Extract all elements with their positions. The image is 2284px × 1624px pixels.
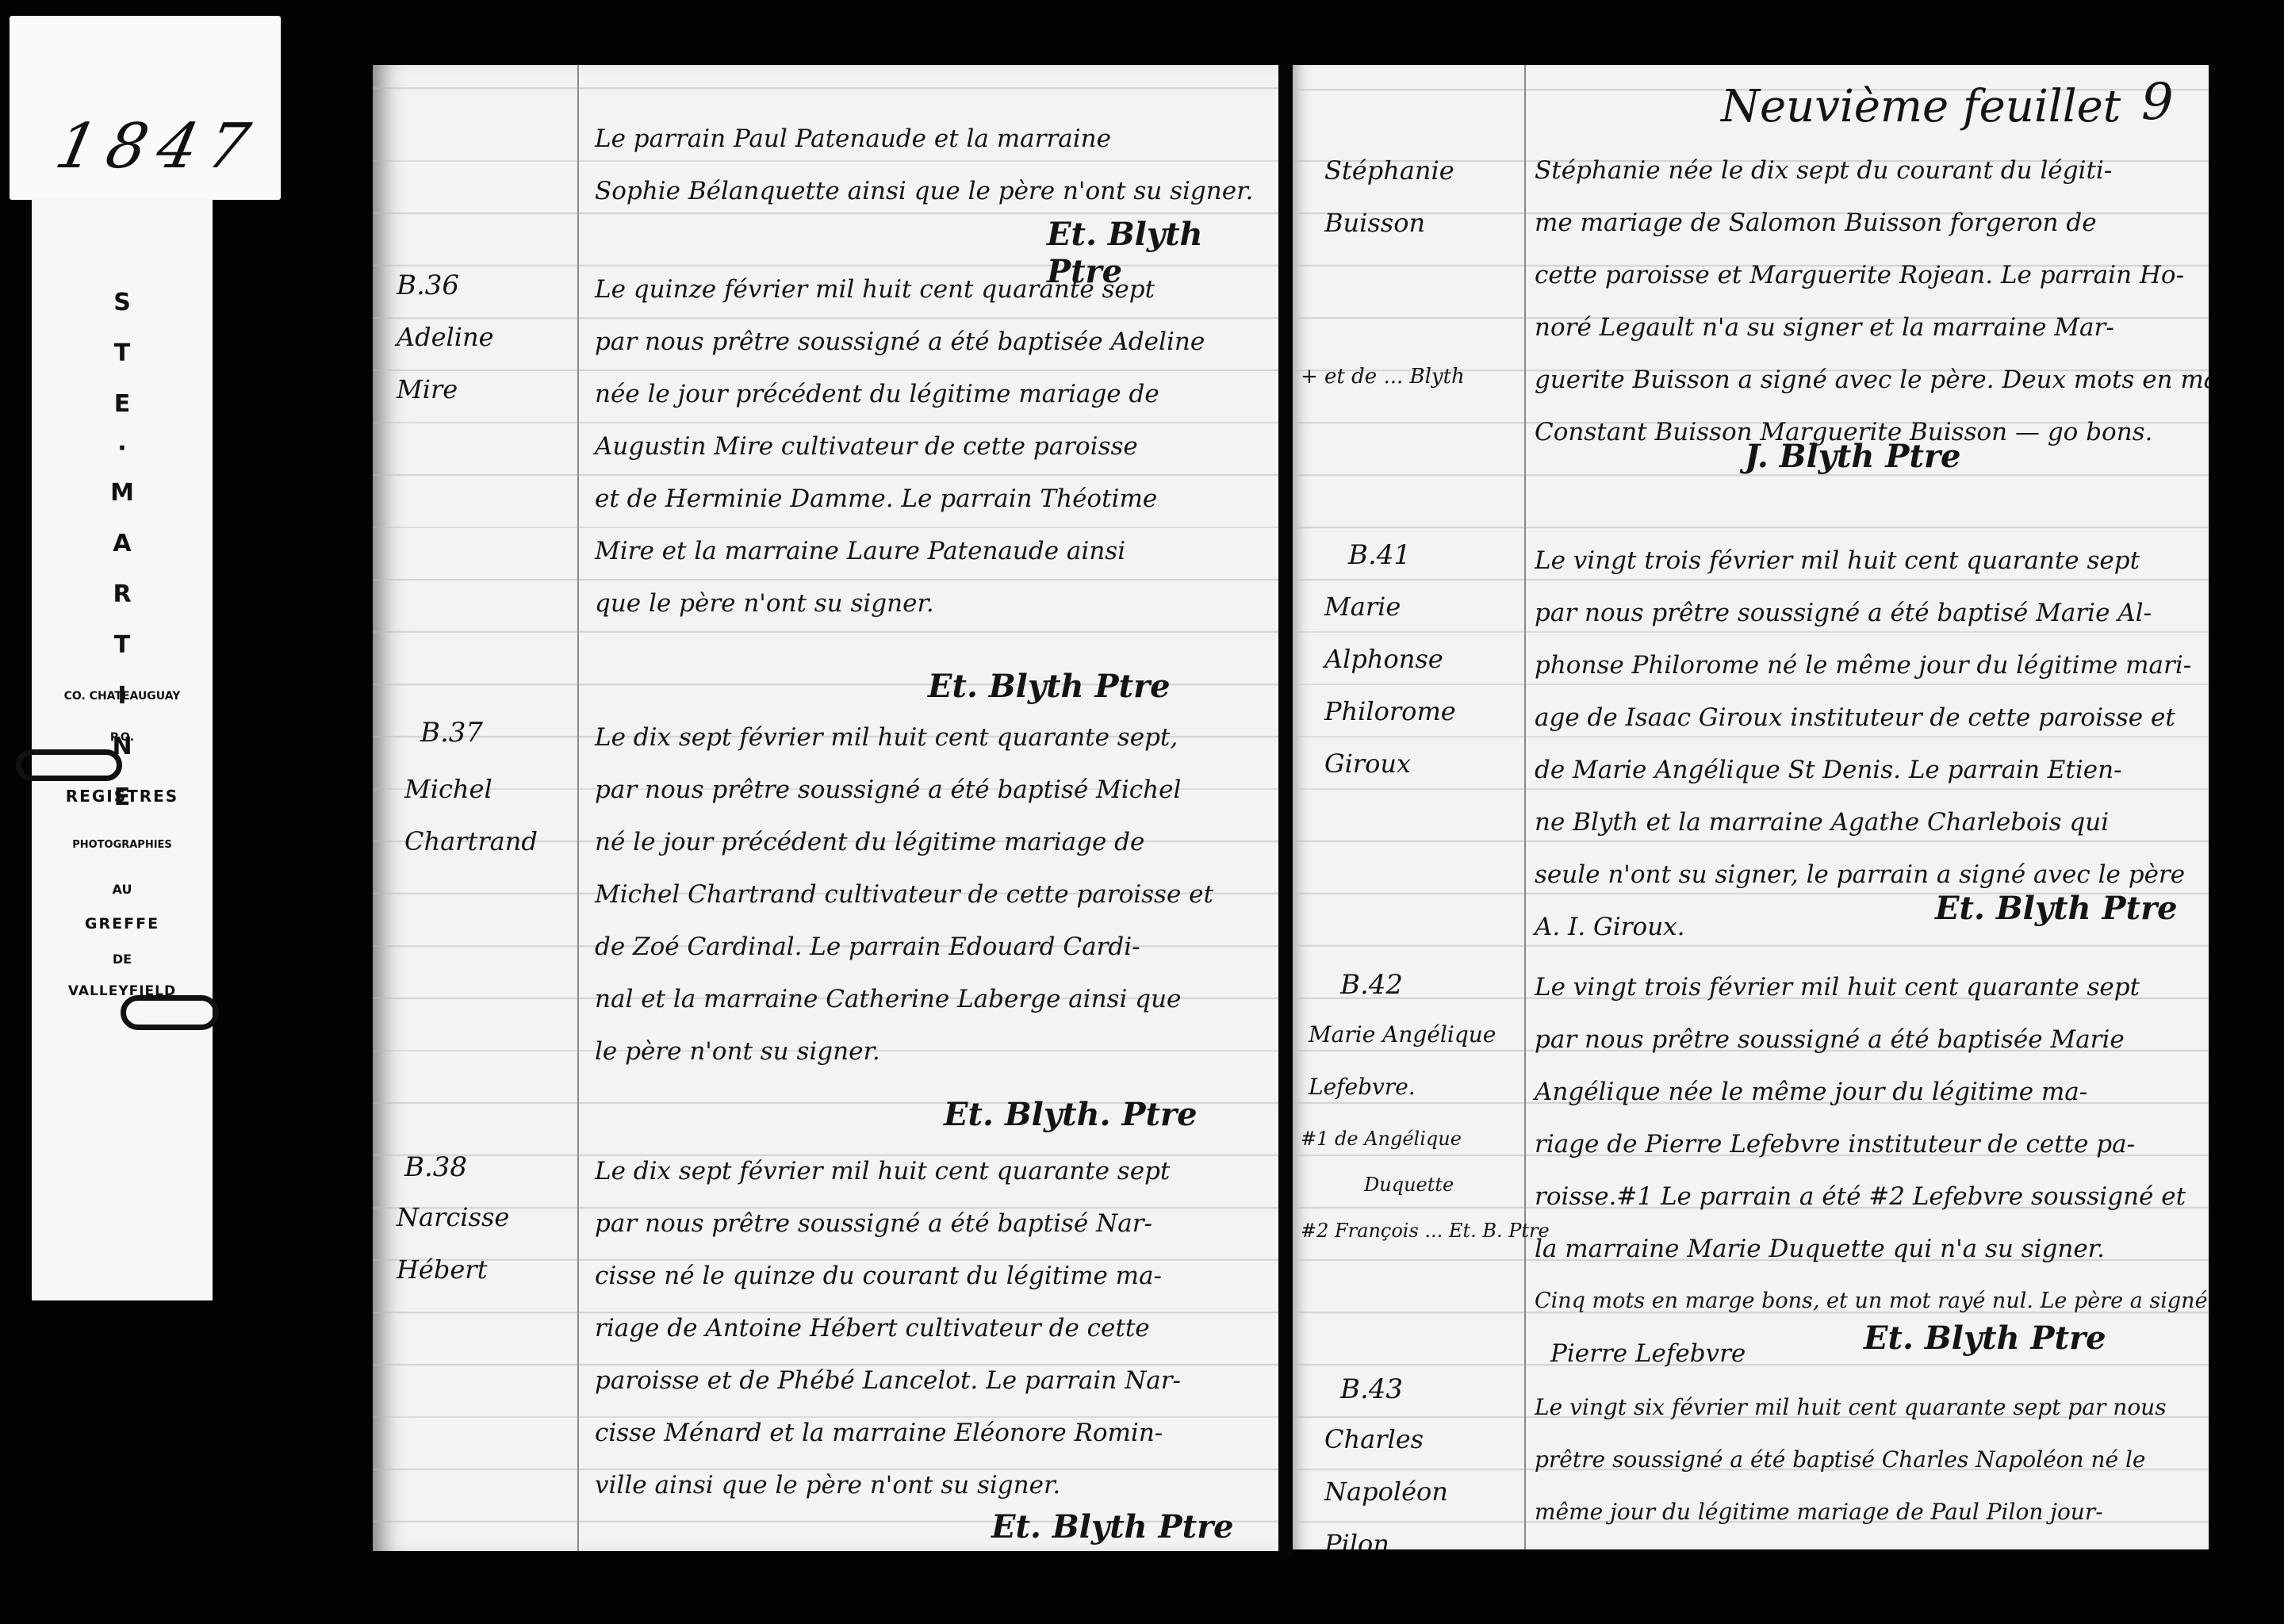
text-line: Mire et la marraine Laure Patenaude ains…	[595, 525, 1205, 577]
priest-signature: Et. Blyth Ptre	[991, 1508, 1234, 1545]
text-line: me mariage de Salomon Buisson forgeron d…	[1535, 197, 2209, 249]
parish-letter: T	[32, 328, 213, 379]
parish-letter: T	[32, 620, 213, 671]
priest-signature: Et. Blyth Ptre	[928, 668, 1171, 705]
text-line: cisse Ménard et la marraine Eléonore Rom…	[595, 1407, 1181, 1459]
entry-body: Le quinze février mil huit cent quarante…	[595, 263, 1205, 630]
parish-letter: A	[32, 519, 213, 569]
au-label: AU	[32, 882, 213, 897]
name-line: Narcisse	[397, 1191, 509, 1243]
county-label: CO. CHATEAUGUAY	[32, 690, 213, 703]
priest-signature: Et. Blyth Ptre	[1864, 1319, 2106, 1357]
parish-letter: R	[32, 569, 213, 620]
entry-body: Le vingt trois février mil huit cent qua…	[1535, 961, 2208, 1380]
text-line: de Zoé Cardinal. Le parrain Edouard Card…	[595, 921, 1213, 973]
text-line: par nous prêtre soussigné a été baptisé …	[1535, 587, 2191, 639]
continuation-text: Stéphanie née le dix sept du courant du …	[1535, 144, 2209, 458]
entry-number: B.42	[1340, 969, 1403, 1001]
text-line: Sophie Bélanquette ainsi que le père n'o…	[595, 165, 1253, 217]
text-line: riage de Antoine Hébert cultivateur de c…	[595, 1302, 1181, 1354]
text-line: prêtre soussigné a été baptisé Charles N…	[1535, 1434, 2167, 1486]
text-line: Le quinze février mil huit cent quarante…	[595, 263, 1205, 316]
year-label: 1847	[49, 111, 266, 182]
parish-letter: ·	[32, 430, 213, 468]
text-line: Augustin Mire cultivateur de cette paroi…	[595, 420, 1205, 473]
margin-note: + et de ... Blyth	[1301, 350, 1465, 403]
paper-clip-icon	[121, 995, 219, 1030]
paper-clip-icon	[16, 749, 122, 781]
text-line: et de Herminie Damme. Le parrain Théotim…	[595, 473, 1205, 525]
name-line: Lefebvre.	[1309, 1061, 1496, 1113]
child-name: Michel Chartrand	[404, 763, 538, 868]
greffe-label: GREFFE	[32, 915, 213, 933]
text-line: le père n'ont su signer.	[595, 1025, 1213, 1078]
entry-number: B.37	[420, 717, 483, 749]
text-line: par nous prêtre soussigné a été baptisée…	[1535, 1013, 2208, 1066]
text-line: ne Blyth et la marraine Agathe Charleboi…	[1535, 796, 2191, 848]
text-line: par nous prêtre soussigné a été baptisé …	[595, 1197, 1181, 1250]
text-line: né le jour précédent du légitime mariage…	[595, 816, 1213, 868]
name-line: Charles	[1324, 1413, 1448, 1465]
entry-number: B.38	[404, 1151, 467, 1183]
text-line: par nous prêtre soussigné a été baptisée…	[595, 316, 1205, 368]
text-line: Le dix sept février mil huit cent quaran…	[595, 1145, 1181, 1197]
margin-note: Duquette	[1301, 1162, 1550, 1208]
name-line: Marie Angélique	[1309, 1009, 1496, 1061]
text-line: Angélique née le même jour du légitime m…	[1535, 1066, 2208, 1118]
name-line: Adeline	[397, 311, 494, 363]
child-name: Narcisse Hébert	[397, 1191, 509, 1296]
name-line: Pilon	[1324, 1518, 1448, 1549]
text-line: ville ainsi que le père n'ont su signer.	[595, 1459, 1181, 1511]
right-register-page: Neuvième feuillet 9 Stéphanie Buisson + …	[1293, 65, 2209, 1549]
child-name: Adeline Mire	[397, 311, 494, 416]
registres-label: REGISTRES	[32, 787, 213, 806]
child-name: Marie Alphonse Philorome Giroux	[1324, 580, 1456, 790]
name-line: Buisson	[1324, 197, 1454, 249]
text-line: Le parrain Paul Patenaude et la marraine	[595, 113, 1253, 165]
name-line: Hébert	[397, 1243, 509, 1296]
text-line: age de Isaac Giroux instituteur de cette…	[1535, 691, 2191, 744]
name-line: Mire	[397, 363, 494, 416]
entry-body: Le vingt six février mil huit cent quara…	[1535, 1381, 2167, 1538]
text-line: riage de Pierre Lefebvre instituteur de …	[1535, 1118, 2208, 1170]
name-line: Alphonse	[1324, 633, 1456, 685]
text-line: Michel Chartrand cultivateur de cette pa…	[595, 868, 1213, 921]
name-line: Napoléon	[1324, 1465, 1448, 1518]
margin-rule	[1524, 65, 1526, 1549]
text-line: Le dix sept février mil huit cent quaran…	[595, 711, 1213, 764]
child-name: Marie Angélique Lefebvre.	[1309, 1009, 1496, 1113]
margin-notes: #1 de Angélique Duquette #2 François ...…	[1301, 1116, 1550, 1254]
text-line: que le père n'ont su signer.	[595, 577, 1205, 630]
text-line: guerite Buisson a signé avec le père. De…	[1535, 354, 2209, 406]
de-label: DE	[32, 952, 213, 967]
book-gutter	[1278, 62, 1293, 1557]
priest-signature: J. Blyth Ptre	[1745, 438, 1960, 475]
entry-number: B.41	[1348, 539, 1411, 571]
text-line: la marraine Marie Duquette qui n'a su si…	[1535, 1223, 2208, 1275]
text-line: Le vingt six février mil huit cent quara…	[1535, 1381, 2167, 1434]
name-line: Giroux	[1324, 737, 1456, 790]
margin-rule	[577, 65, 579, 1551]
text-line: Le vingt trois février mil huit cent qua…	[1535, 534, 2191, 587]
page-number: 9	[2141, 73, 2174, 132]
name-line: Chartrand	[404, 815, 538, 868]
child-name: Charles Napoléon Pilon	[1324, 1413, 1448, 1549]
continuation-text: Le parrain Paul Patenaude et la marraine…	[595, 113, 1253, 217]
text-line: de Marie Angélique St Denis. Le parrain …	[1535, 744, 2191, 796]
entry-body: Le dix sept février mil huit cent quaran…	[595, 1145, 1181, 1511]
entry-number: B.43	[1340, 1373, 1403, 1405]
text-line: noré Legault n'a su signer et la marrain…	[1535, 301, 2209, 354]
priest-signature: Et. Blyth Ptre	[1935, 890, 2178, 927]
margin-note: #1 de Angélique	[1301, 1116, 1550, 1162]
text-line: même jour du légitime mariage de Paul Pi…	[1535, 1486, 2167, 1538]
text-line: phonse Philorome né le même jour du légi…	[1535, 639, 2191, 691]
parish-letter: E	[32, 379, 213, 430]
text-line: cette paroisse et Marguerite Rojean. Le …	[1535, 249, 2209, 301]
province-label: P.Q.	[32, 731, 213, 744]
parish-letter: S	[32, 278, 213, 328]
entry-number: B.36	[397, 270, 459, 301]
text-line: Stéphanie née le dix sept du courant du …	[1535, 144, 2209, 197]
name-line: Stéphanie	[1324, 144, 1454, 197]
text-line: nal et la marraine Catherine Laberge ain…	[595, 973, 1213, 1025]
page-header: Neuvième feuillet	[1721, 81, 2121, 132]
child-name: Stéphanie Buisson	[1324, 144, 1454, 249]
year-card: 1847	[10, 16, 281, 200]
entry-body: Le dix sept février mil huit cent quaran…	[595, 711, 1213, 1078]
text-line: par nous prêtre soussigné a été baptisé …	[595, 764, 1213, 816]
parish-letter: M	[32, 468, 213, 519]
text-line: Le vingt trois février mil huit cent qua…	[1535, 961, 2208, 1013]
priest-signature: Et. Blyth. Ptre	[944, 1096, 1198, 1133]
text-line: cisse né le quinze du courant du légitim…	[595, 1250, 1181, 1302]
photographies-label: PHOTOGRAPHIES	[32, 839, 213, 851]
margin-note: #2 François ... Et. B. Ptre	[1301, 1208, 1550, 1254]
left-register-page: Le parrain Paul Patenaude et la marraine…	[373, 65, 1278, 1551]
text-line: roisse.#1 Le parrain a été #2 Lefebvre s…	[1535, 1170, 2208, 1223]
name-line: Michel	[404, 763, 538, 815]
text-line: née le jour précédent du légitime mariag…	[595, 368, 1205, 420]
name-line: Marie	[1324, 580, 1456, 633]
archive-label-strip: S T E · M A R T I N E CO. CHATEAUGUAY P.…	[32, 198, 213, 1300]
name-line: Philorome	[1324, 685, 1456, 737]
text-line: paroisse et de Phébé Lancelot. Le parrai…	[595, 1354, 1181, 1407]
